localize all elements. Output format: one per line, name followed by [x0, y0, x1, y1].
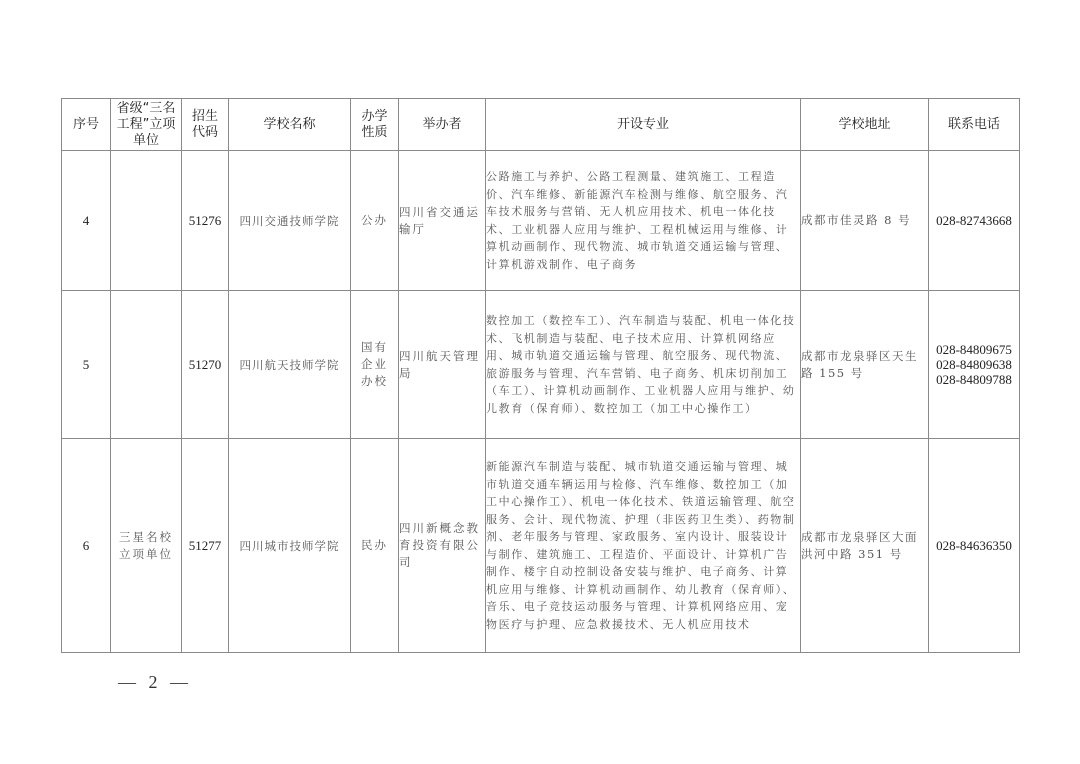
cell-address: 成都市龙泉驿区大面洪河中路 351 号	[801, 439, 929, 653]
page-number: — 2 —	[118, 672, 192, 693]
cell-phone: 028-84809675 028-84809638 028-84809788	[929, 291, 1020, 439]
table-row: 4 51276 四川交通技师学院 公办 四川省交通运输厅 公路施工与养护、公路工…	[62, 151, 1020, 291]
phone-number: 028-84809638	[929, 357, 1019, 372]
cell-school-name: 四川航天技师学院	[229, 291, 351, 439]
cell-organizer: 四川航天管理局	[399, 291, 486, 439]
cell-school-name: 四川城市技师学院	[229, 439, 351, 653]
header-phone: 联系电话	[929, 99, 1020, 151]
cell-project-unit	[111, 291, 182, 439]
cell-nature: 国有企业办校	[351, 291, 399, 439]
cell-address: 成都市龙泉驿区天生路 155 号	[801, 291, 929, 439]
cell-phone: 028-84636350	[929, 439, 1020, 653]
cell-organizer: 四川新概念教育投资有限公司	[399, 439, 486, 653]
school-table: 序号 省级“三名工程”立项单位 招生代码 学校名称 办学性质 举办者 开设专业 …	[61, 98, 1020, 653]
cell-majors: 新能源汽车制造与装配、城市轨道交通运输与管理、城市轨道交通车辆运用与检修、汽车维…	[486, 439, 801, 653]
cell-seq: 6	[62, 439, 111, 653]
cell-seq: 5	[62, 291, 111, 439]
cell-seq: 4	[62, 151, 111, 291]
cell-organizer: 四川省交通运输厅	[399, 151, 486, 291]
cell-address: 成都市佳灵路 8 号	[801, 151, 929, 291]
header-project-unit: 省级“三名工程”立项单位	[111, 99, 182, 151]
cell-code: 51270	[182, 291, 229, 439]
cell-code: 51277	[182, 439, 229, 653]
cell-project-unit	[111, 151, 182, 291]
table-header-row: 序号 省级“三名工程”立项单位 招生代码 学校名称 办学性质 举办者 开设专业 …	[62, 99, 1020, 151]
header-nature: 办学性质	[351, 99, 399, 151]
cell-project-unit: 三星名校立项单位	[111, 439, 182, 653]
header-school-name: 学校名称	[229, 99, 351, 151]
phone-number: 028-84809788	[929, 372, 1019, 387]
cell-majors: 公路施工与养护、公路工程测量、建筑施工、工程造价、汽车维修、新能源汽车检测与维修…	[486, 151, 801, 291]
phone-number: 028-82743668	[929, 213, 1019, 228]
table-row: 5 51270 四川航天技师学院 国有企业办校 四川航天管理局 数控加工（数控车…	[62, 291, 1020, 439]
cell-nature: 民办	[351, 439, 399, 653]
header-majors: 开设专业	[486, 99, 801, 151]
header-seq: 序号	[62, 99, 111, 151]
header-organizer: 举办者	[399, 99, 486, 151]
phone-number: 028-84636350	[929, 538, 1019, 553]
cell-nature: 公办	[351, 151, 399, 291]
table-row: 6 三星名校立项单位 51277 四川城市技师学院 民办 四川新概念教育投资有限…	[62, 439, 1020, 653]
cell-school-name: 四川交通技师学院	[229, 151, 351, 291]
header-address: 学校地址	[801, 99, 929, 151]
header-code: 招生代码	[182, 99, 229, 151]
cell-majors: 数控加工（数控车工）、汽车制造与装配、机电一体化技术、飞机制造与装配、电子技术应…	[486, 291, 801, 439]
cell-phone: 028-82743668	[929, 151, 1020, 291]
cell-code: 51276	[182, 151, 229, 291]
phone-number: 028-84809675	[929, 342, 1019, 357]
